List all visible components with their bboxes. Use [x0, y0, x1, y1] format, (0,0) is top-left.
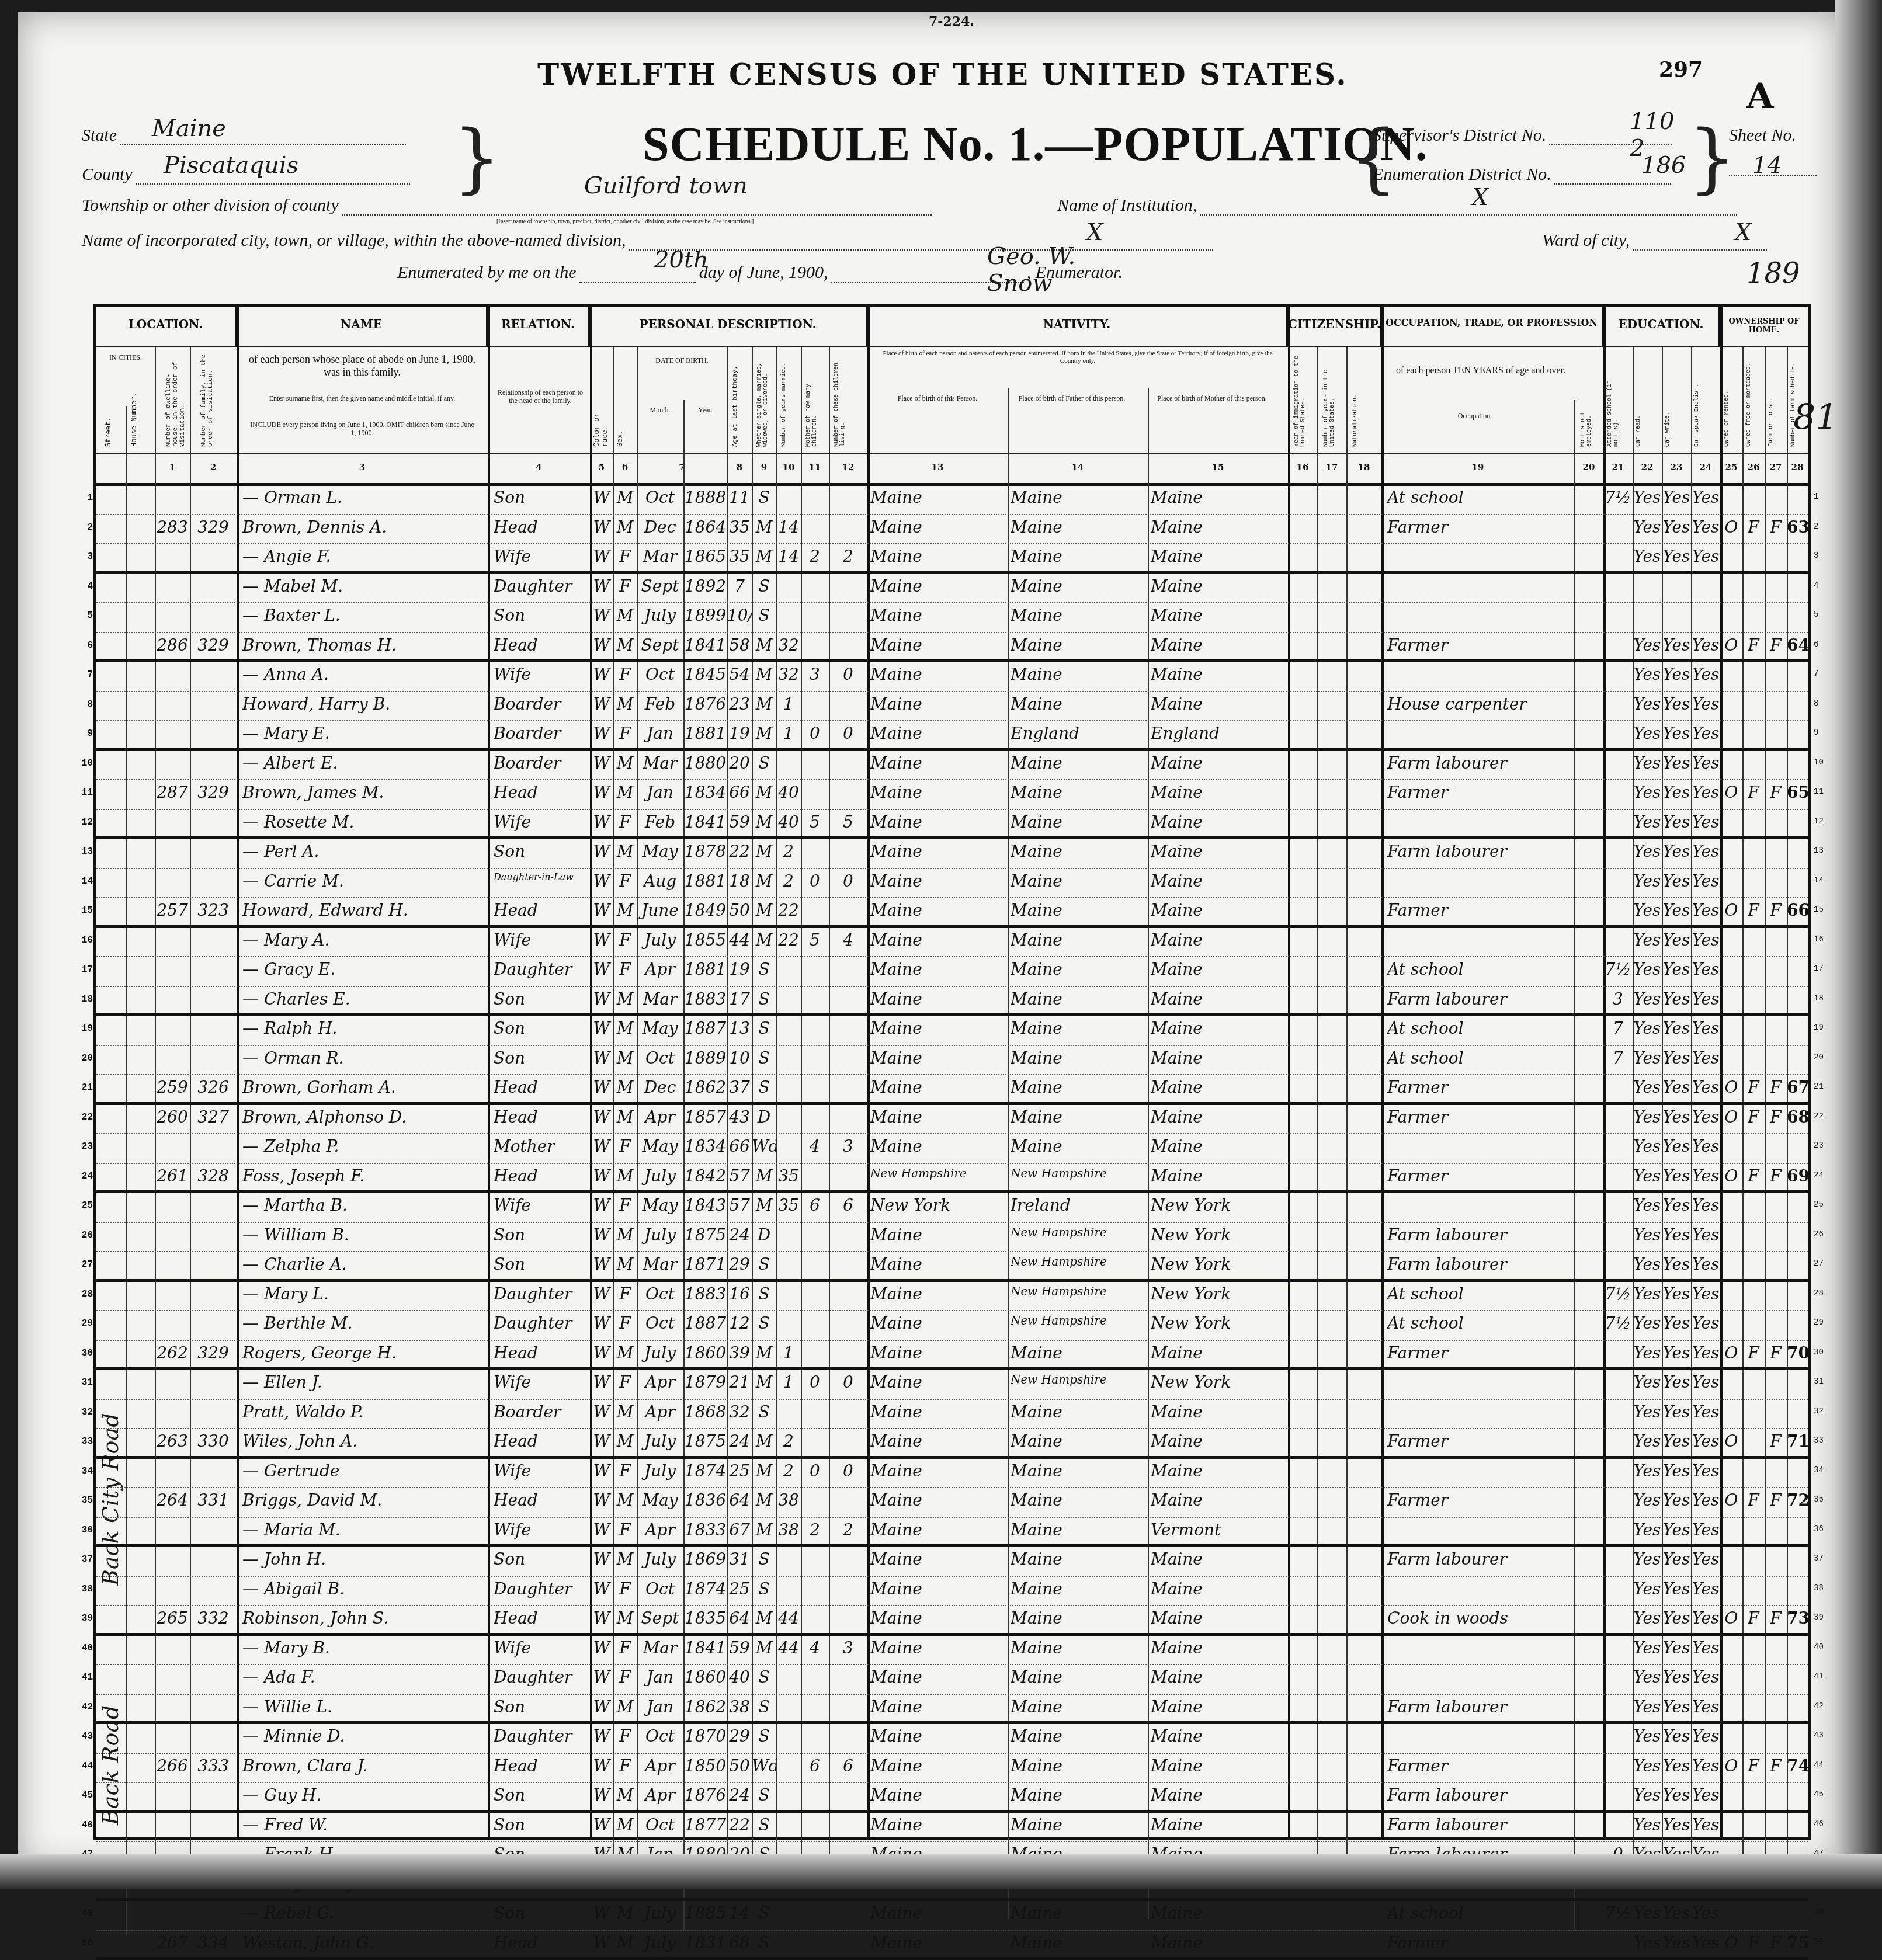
relation: Son	[494, 1697, 590, 1722]
person-name: — Charlie A.	[242, 1254, 488, 1279]
colnum: 19	[1381, 462, 1574, 472]
farm-schedule	[1787, 1225, 1808, 1250]
can-read: Yes	[1633, 694, 1662, 719]
birthplace-mother: New York	[1151, 1284, 1288, 1309]
occupation: Farm labourer	[1387, 842, 1574, 866]
group-location: LOCATION.	[96, 307, 237, 347]
group-name: NAME	[237, 307, 488, 347]
birthplace-father: Maine	[1011, 1343, 1148, 1368]
marital-status: Wd	[752, 1137, 776, 1161]
birthplace-mother: Maine	[1151, 1490, 1288, 1515]
attended-school	[1603, 576, 1633, 601]
family-number	[190, 1254, 237, 1279]
header-occupation-desc: of each person TEN YEARS of age and over…	[1387, 365, 1574, 376]
can-read: Yes	[1633, 1461, 1662, 1486]
table-row: 2323— Zelpha P.MotherWFMay183466Wd43Main…	[96, 1134, 1808, 1164]
birth-year: 1880	[683, 753, 727, 778]
can-read: Yes	[1633, 812, 1662, 837]
children-living: 2	[829, 1520, 867, 1545]
mother-of-children	[801, 488, 829, 512]
children-living	[829, 1608, 867, 1633]
sex: M	[613, 989, 637, 1014]
birth-year: 1841	[683, 812, 727, 837]
family-number	[190, 930, 237, 955]
table-row: 2929— Berthle M.DaughterWFOct188712SMain…	[96, 1311, 1808, 1341]
line-number: 26	[78, 1230, 93, 1240]
years-married: 32	[776, 665, 801, 689]
age: 43	[727, 1107, 752, 1132]
can-write: Yes	[1662, 1697, 1691, 1722]
occupation	[1387, 547, 1574, 571]
marital-status: S	[752, 1815, 776, 1840]
owned-free	[1742, 1284, 1765, 1309]
birthplace-person: Maine	[870, 1461, 1008, 1486]
age: 16	[727, 1284, 752, 1309]
owned-rented	[1720, 1638, 1742, 1663]
mother-of-children	[801, 1785, 829, 1810]
mother-of-children: 6	[801, 1196, 829, 1220]
occupation: Farm labourer	[1387, 1785, 1574, 1810]
birth-year: 1883	[683, 989, 727, 1014]
person-name: — Angie F.	[242, 547, 488, 571]
children-living	[829, 1667, 867, 1692]
can-speak-english: Yes	[1691, 1520, 1720, 1545]
line-number-right: 38	[1814, 1584, 1831, 1593]
sheet-label: Sheet No.	[1729, 126, 1796, 145]
line-number: 23	[78, 1141, 93, 1152]
person-name: — Willie L.	[242, 1697, 488, 1722]
relation: Head	[494, 1107, 590, 1132]
can-read: Yes	[1633, 989, 1662, 1014]
farm-house	[1765, 871, 1787, 896]
can-write: Yes	[1662, 1608, 1691, 1633]
dwelling-number	[155, 1726, 190, 1751]
line-number: 25	[78, 1200, 93, 1211]
can-read: Yes	[1633, 1078, 1662, 1102]
person-name: Howard, Harry B.	[242, 694, 488, 719]
birth-year: 1849	[683, 901, 727, 925]
years-married	[776, 606, 801, 630]
can-write	[1662, 576, 1691, 601]
census-title: TWELFTH CENSUS OF THE UNITED STATES.	[537, 57, 1348, 92]
attended-school	[1603, 930, 1633, 955]
mother-of-children	[801, 1490, 829, 1515]
dwelling-number	[155, 1284, 190, 1309]
sex: F	[613, 1726, 637, 1751]
mother-of-children	[801, 1579, 829, 1604]
color-race: W	[590, 1372, 613, 1397]
mother-of-children	[801, 606, 829, 630]
relation: Son	[494, 1785, 590, 1810]
sex: M	[613, 901, 637, 925]
can-write: Yes	[1662, 1667, 1691, 1692]
occupation: Farm labourer	[1387, 1225, 1574, 1250]
owned-free	[1742, 1196, 1765, 1220]
birthplace-mother: Maine	[1151, 606, 1288, 630]
can-speak-english: Yes	[1691, 1313, 1720, 1338]
occupation: At school	[1387, 1313, 1574, 1338]
color-race: W	[590, 1549, 613, 1574]
mother-of-children: 5	[801, 930, 829, 955]
line-number-right: 28	[1814, 1289, 1831, 1298]
relation: Daughter	[494, 960, 590, 984]
sex: M	[613, 1549, 637, 1574]
table-row: 3333263330Wiles, John A.HeadWMJuly187524…	[96, 1429, 1808, 1459]
birthplace-mother: Maine	[1151, 1078, 1288, 1102]
colnum: 22	[1633, 462, 1662, 472]
can-write: Yes	[1662, 1313, 1691, 1338]
owned-rented	[1720, 842, 1742, 866]
occupation: Farmer	[1387, 1078, 1574, 1102]
line-number-right: 46	[1814, 1820, 1831, 1829]
person-name: — Baxter L.	[242, 606, 488, 630]
birth-month: Mar	[637, 1638, 683, 1663]
birthplace-father: Maine	[1011, 1107, 1148, 1132]
owned-rented	[1720, 1254, 1742, 1279]
colnum: 26	[1742, 462, 1765, 472]
birthplace-person: Maine	[870, 1313, 1008, 1338]
column-number-row: 1 2 3 4 5 6 7 8 9 10 11 12 13 14 15 16 1…	[96, 453, 1808, 486]
line-number-right: 22	[1814, 1112, 1831, 1121]
marital-status: M	[752, 812, 776, 837]
birth-month: Oct	[637, 1815, 683, 1840]
farm-house	[1765, 1284, 1787, 1309]
scan-edge-bottom	[0, 1854, 1882, 1889]
owned-rented: O	[1720, 1343, 1742, 1368]
birth-year: 1870	[683, 1726, 727, 1751]
birthplace-person: Maine	[870, 812, 1008, 837]
mother-of-children	[801, 635, 829, 660]
dwelling-number: 260	[155, 1107, 190, 1132]
attended-school	[1603, 1402, 1633, 1427]
children-living: 6	[829, 1756, 867, 1781]
header-in-cities: IN CITIES.	[96, 353, 155, 362]
family-number: 326	[190, 1078, 237, 1102]
family-number	[190, 1196, 237, 1220]
sex: M	[613, 1343, 637, 1368]
sex: F	[613, 871, 637, 896]
age: 11	[727, 488, 752, 512]
mother-of-children	[801, 1019, 829, 1043]
dwelling-number	[155, 871, 190, 896]
person-name: — Berthle M.	[242, 1313, 488, 1338]
can-speak-english: Yes	[1691, 842, 1720, 866]
birthplace-mother: Maine	[1151, 960, 1288, 984]
birth-year: 1841	[683, 635, 727, 660]
color-race: W	[590, 1137, 613, 1161]
relation: Son	[494, 989, 590, 1014]
children-living	[829, 1107, 867, 1132]
age: 35	[727, 517, 752, 542]
color-race: W	[590, 1254, 613, 1279]
age: 40	[727, 1667, 752, 1692]
attended-school: 7	[1603, 1019, 1633, 1043]
owned-rented	[1720, 1313, 1742, 1338]
can-write: Yes	[1662, 1756, 1691, 1781]
birth-year: 1875	[683, 1431, 727, 1456]
farm-schedule	[1787, 989, 1808, 1014]
age: 12	[727, 1313, 752, 1338]
occupation: Farmer	[1387, 783, 1574, 807]
occupation: Farm labourer	[1387, 753, 1574, 778]
occupation	[1387, 1402, 1574, 1427]
birthplace-person: Maine	[870, 517, 1008, 542]
birth-year: 1834	[683, 783, 727, 807]
farm-house: F	[1765, 1166, 1787, 1191]
schedule-title: SCHEDULE No. 1.—POPULATION.	[643, 117, 1428, 172]
birthplace-person: Maine	[870, 547, 1008, 571]
birthplace-mother: Maine	[1151, 1756, 1288, 1781]
can-read: Yes	[1633, 1815, 1662, 1840]
dwelling-number	[155, 1461, 190, 1486]
person-name: Brown, Dennis A.	[242, 517, 488, 542]
farm-schedule: 63	[1787, 517, 1808, 542]
line-number: 27	[78, 1259, 93, 1270]
birth-month: Jan	[637, 1697, 683, 1722]
line-number: 19	[78, 1023, 93, 1034]
colnum: 1	[155, 462, 190, 472]
marital-status: S	[752, 1785, 776, 1810]
color-race: W	[590, 694, 613, 719]
colnum: 4	[488, 462, 590, 472]
marital-status: S	[752, 1697, 776, 1722]
years-married: 2	[776, 1461, 801, 1486]
can-speak-english: Yes	[1691, 1284, 1720, 1309]
marital-status: S	[752, 1284, 776, 1309]
occupation	[1387, 1137, 1574, 1161]
marital-status: S	[752, 1579, 776, 1604]
birthplace-person: Maine	[870, 665, 1008, 689]
can-write: Yes	[1662, 1372, 1691, 1397]
can-write: Yes	[1662, 1019, 1691, 1043]
birthplace-person: Maine	[870, 1785, 1008, 1810]
line-number-right: 39	[1814, 1613, 1831, 1622]
line-number: 4	[78, 581, 93, 592]
age: 64	[727, 1490, 752, 1515]
relation: Daughter-in-Law	[494, 871, 590, 896]
marital-status: M	[752, 1608, 776, 1633]
birthplace-father: Maine	[1011, 488, 1148, 512]
farm-schedule	[1787, 1137, 1808, 1161]
age: 35	[727, 547, 752, 571]
birthplace-person: Maine	[870, 1107, 1008, 1132]
line-number: 24	[78, 1171, 93, 1181]
line-number-right: 14	[1814, 876, 1831, 885]
person-name: — Mabel M.	[242, 576, 488, 601]
birth-month: Oct	[637, 665, 683, 689]
age: 31	[727, 1549, 752, 1574]
birth-month: Sept	[637, 635, 683, 660]
years-married: 2	[776, 871, 801, 896]
owned-rented	[1720, 488, 1742, 512]
birthplace-mother: Maine	[1151, 1697, 1288, 1722]
attended-school	[1603, 1254, 1633, 1279]
header-mother-of: Mother of how many children.	[805, 353, 818, 447]
person-name: — Ralph H.	[242, 1019, 488, 1043]
line-number: 40	[78, 1643, 93, 1653]
owned-rented: O	[1720, 783, 1742, 807]
township-value: Guilford town	[584, 172, 748, 199]
years-married: 14	[776, 547, 801, 571]
marital-status: M	[752, 1196, 776, 1220]
birth-month: Mar	[637, 753, 683, 778]
age: 38	[727, 1697, 752, 1722]
birthplace-mother: Maine	[1151, 665, 1288, 689]
owned-free	[1742, 606, 1765, 630]
table-row: 1717— Gracy E.DaughterWFApr188119SMaineM…	[96, 957, 1808, 987]
mother-of-children	[801, 1697, 829, 1722]
owned-free	[1742, 1313, 1765, 1338]
children-living	[829, 1225, 867, 1250]
birth-year: 1878	[683, 842, 727, 866]
family-number	[190, 694, 237, 719]
line-number-right: 8	[1814, 699, 1831, 708]
children-living	[829, 606, 867, 630]
person-name: — Ellen J.	[242, 1372, 488, 1397]
color-race: W	[590, 606, 613, 630]
birthplace-person: Maine	[870, 1225, 1008, 1250]
dwelling-number: 257	[155, 901, 190, 925]
sheet-value: 14	[1752, 152, 1782, 179]
attended-school	[1603, 842, 1633, 866]
can-speak-english: Yes	[1691, 1137, 1720, 1161]
birthplace-mother: New York	[1151, 1254, 1288, 1279]
owned-rented	[1720, 871, 1742, 896]
mother-of-children: 0	[801, 871, 829, 896]
color-race: W	[590, 1107, 613, 1132]
birthplace-person: Maine	[870, 1520, 1008, 1545]
attended-school	[1603, 606, 1633, 630]
can-write: Yes	[1662, 753, 1691, 778]
relation: Daughter	[494, 1284, 590, 1309]
mother-of-children: 3	[801, 665, 829, 689]
person-name: — Mary A.	[242, 930, 488, 955]
owned-free	[1742, 1019, 1765, 1043]
birthplace-mother: Maine	[1151, 1815, 1288, 1840]
birthplace-mother: Maine	[1151, 1137, 1288, 1161]
children-living: 0	[829, 1372, 867, 1397]
age: 18	[727, 871, 752, 896]
farm-schedule	[1787, 1196, 1808, 1220]
farm-house	[1765, 1137, 1787, 1161]
family-number: 333	[190, 1756, 237, 1781]
birthplace-person: Maine	[870, 1756, 1008, 1781]
years-married: 1	[776, 1372, 801, 1397]
sex: M	[613, 1608, 637, 1633]
dwelling-number	[155, 1402, 190, 1427]
dwelling-number: 261	[155, 1166, 190, 1191]
line-number: 5	[78, 610, 93, 621]
can-read: Yes	[1633, 1048, 1662, 1073]
mother-of-children: 0	[801, 1461, 829, 1486]
attended-school	[1603, 1225, 1633, 1250]
sex: M	[613, 635, 637, 660]
township-label: Township or other division of county	[82, 196, 339, 215]
line-number-right: 16	[1814, 935, 1831, 944]
owned-free	[1742, 1431, 1765, 1456]
county-value: Piscataquis	[164, 152, 298, 179]
family-number	[190, 488, 237, 512]
farm-schedule: 69	[1787, 1166, 1808, 1191]
birthplace-father: Maine	[1011, 1431, 1148, 1456]
line-number: 10	[78, 758, 93, 769]
owned-rented	[1720, 812, 1742, 837]
birth-year: 1877	[683, 1815, 727, 1840]
farm-house	[1765, 1815, 1787, 1840]
dwelling-number	[155, 989, 190, 1014]
relation: Head	[494, 783, 590, 807]
years-married: 40	[776, 783, 801, 807]
marital-status: M	[752, 930, 776, 955]
can-speak-english: Yes	[1691, 1461, 1720, 1486]
sex: F	[613, 665, 637, 689]
header-name-instr1: Enter surname first, then the given name…	[248, 394, 476, 402]
occupation	[1387, 576, 1574, 601]
family-number: 329	[190, 635, 237, 660]
sex: M	[613, 1078, 637, 1102]
family-number: 329	[190, 1343, 237, 1368]
farm-schedule	[1787, 1461, 1808, 1486]
color-race: W	[590, 1019, 613, 1043]
color-race: W	[590, 488, 613, 512]
farm-schedule	[1787, 1019, 1808, 1043]
attended-school	[1603, 694, 1633, 719]
color-race: W	[590, 1815, 613, 1840]
owned-free	[1742, 1815, 1765, 1840]
relation: Boarder	[494, 753, 590, 778]
birthplace-person: New Hampshire	[870, 1166, 1008, 1191]
color-race: W	[590, 1667, 613, 1692]
sex: M	[613, 1490, 637, 1515]
dwelling-number	[155, 724, 190, 748]
occupation: At school	[1387, 1048, 1574, 1073]
farm-schedule	[1787, 930, 1808, 955]
owned-rented	[1720, 1196, 1742, 1220]
person-name: — Minnie D.	[242, 1726, 488, 1751]
birthplace-person: Maine	[870, 1431, 1008, 1456]
mother-of-children	[801, 1402, 829, 1427]
birthplace-father: New Hampshire	[1011, 1225, 1148, 1250]
line-number: 3	[78, 551, 93, 562]
relation: Head	[494, 1756, 590, 1781]
table-row: 2626— William B.SonWMJuly187524DMaineNew…	[96, 1223, 1808, 1253]
color-race: W	[590, 1402, 613, 1427]
years-married	[776, 1756, 801, 1781]
birthplace-person: Maine	[870, 930, 1008, 955]
can-speak-english: Yes	[1691, 1549, 1720, 1574]
line-number-right: 12	[1814, 817, 1831, 826]
can-write: Yes	[1662, 635, 1691, 660]
birth-year: 1881	[683, 960, 727, 984]
owned-free	[1742, 871, 1765, 896]
header-naturalization: Naturalization.	[1352, 353, 1359, 447]
line-number-right: 20	[1814, 1053, 1831, 1062]
birthplace-father: Maine	[1011, 989, 1148, 1014]
birthplace-mother: Maine	[1151, 871, 1288, 896]
person-name: Foss, Joseph F.	[242, 1166, 488, 1191]
dwelling-number	[155, 1137, 190, 1161]
owned-rented: O	[1720, 1166, 1742, 1191]
birthplace-father: Maine	[1011, 871, 1148, 896]
can-speak-english: Yes	[1691, 1697, 1720, 1722]
birth-year: 1871	[683, 1254, 727, 1279]
color-race: W	[590, 842, 613, 866]
line-number: 28	[78, 1289, 93, 1299]
farm-schedule: 64	[1787, 635, 1808, 660]
farm-schedule	[1787, 960, 1808, 984]
color-race: W	[590, 1608, 613, 1633]
institution-value: X	[1472, 184, 1488, 211]
